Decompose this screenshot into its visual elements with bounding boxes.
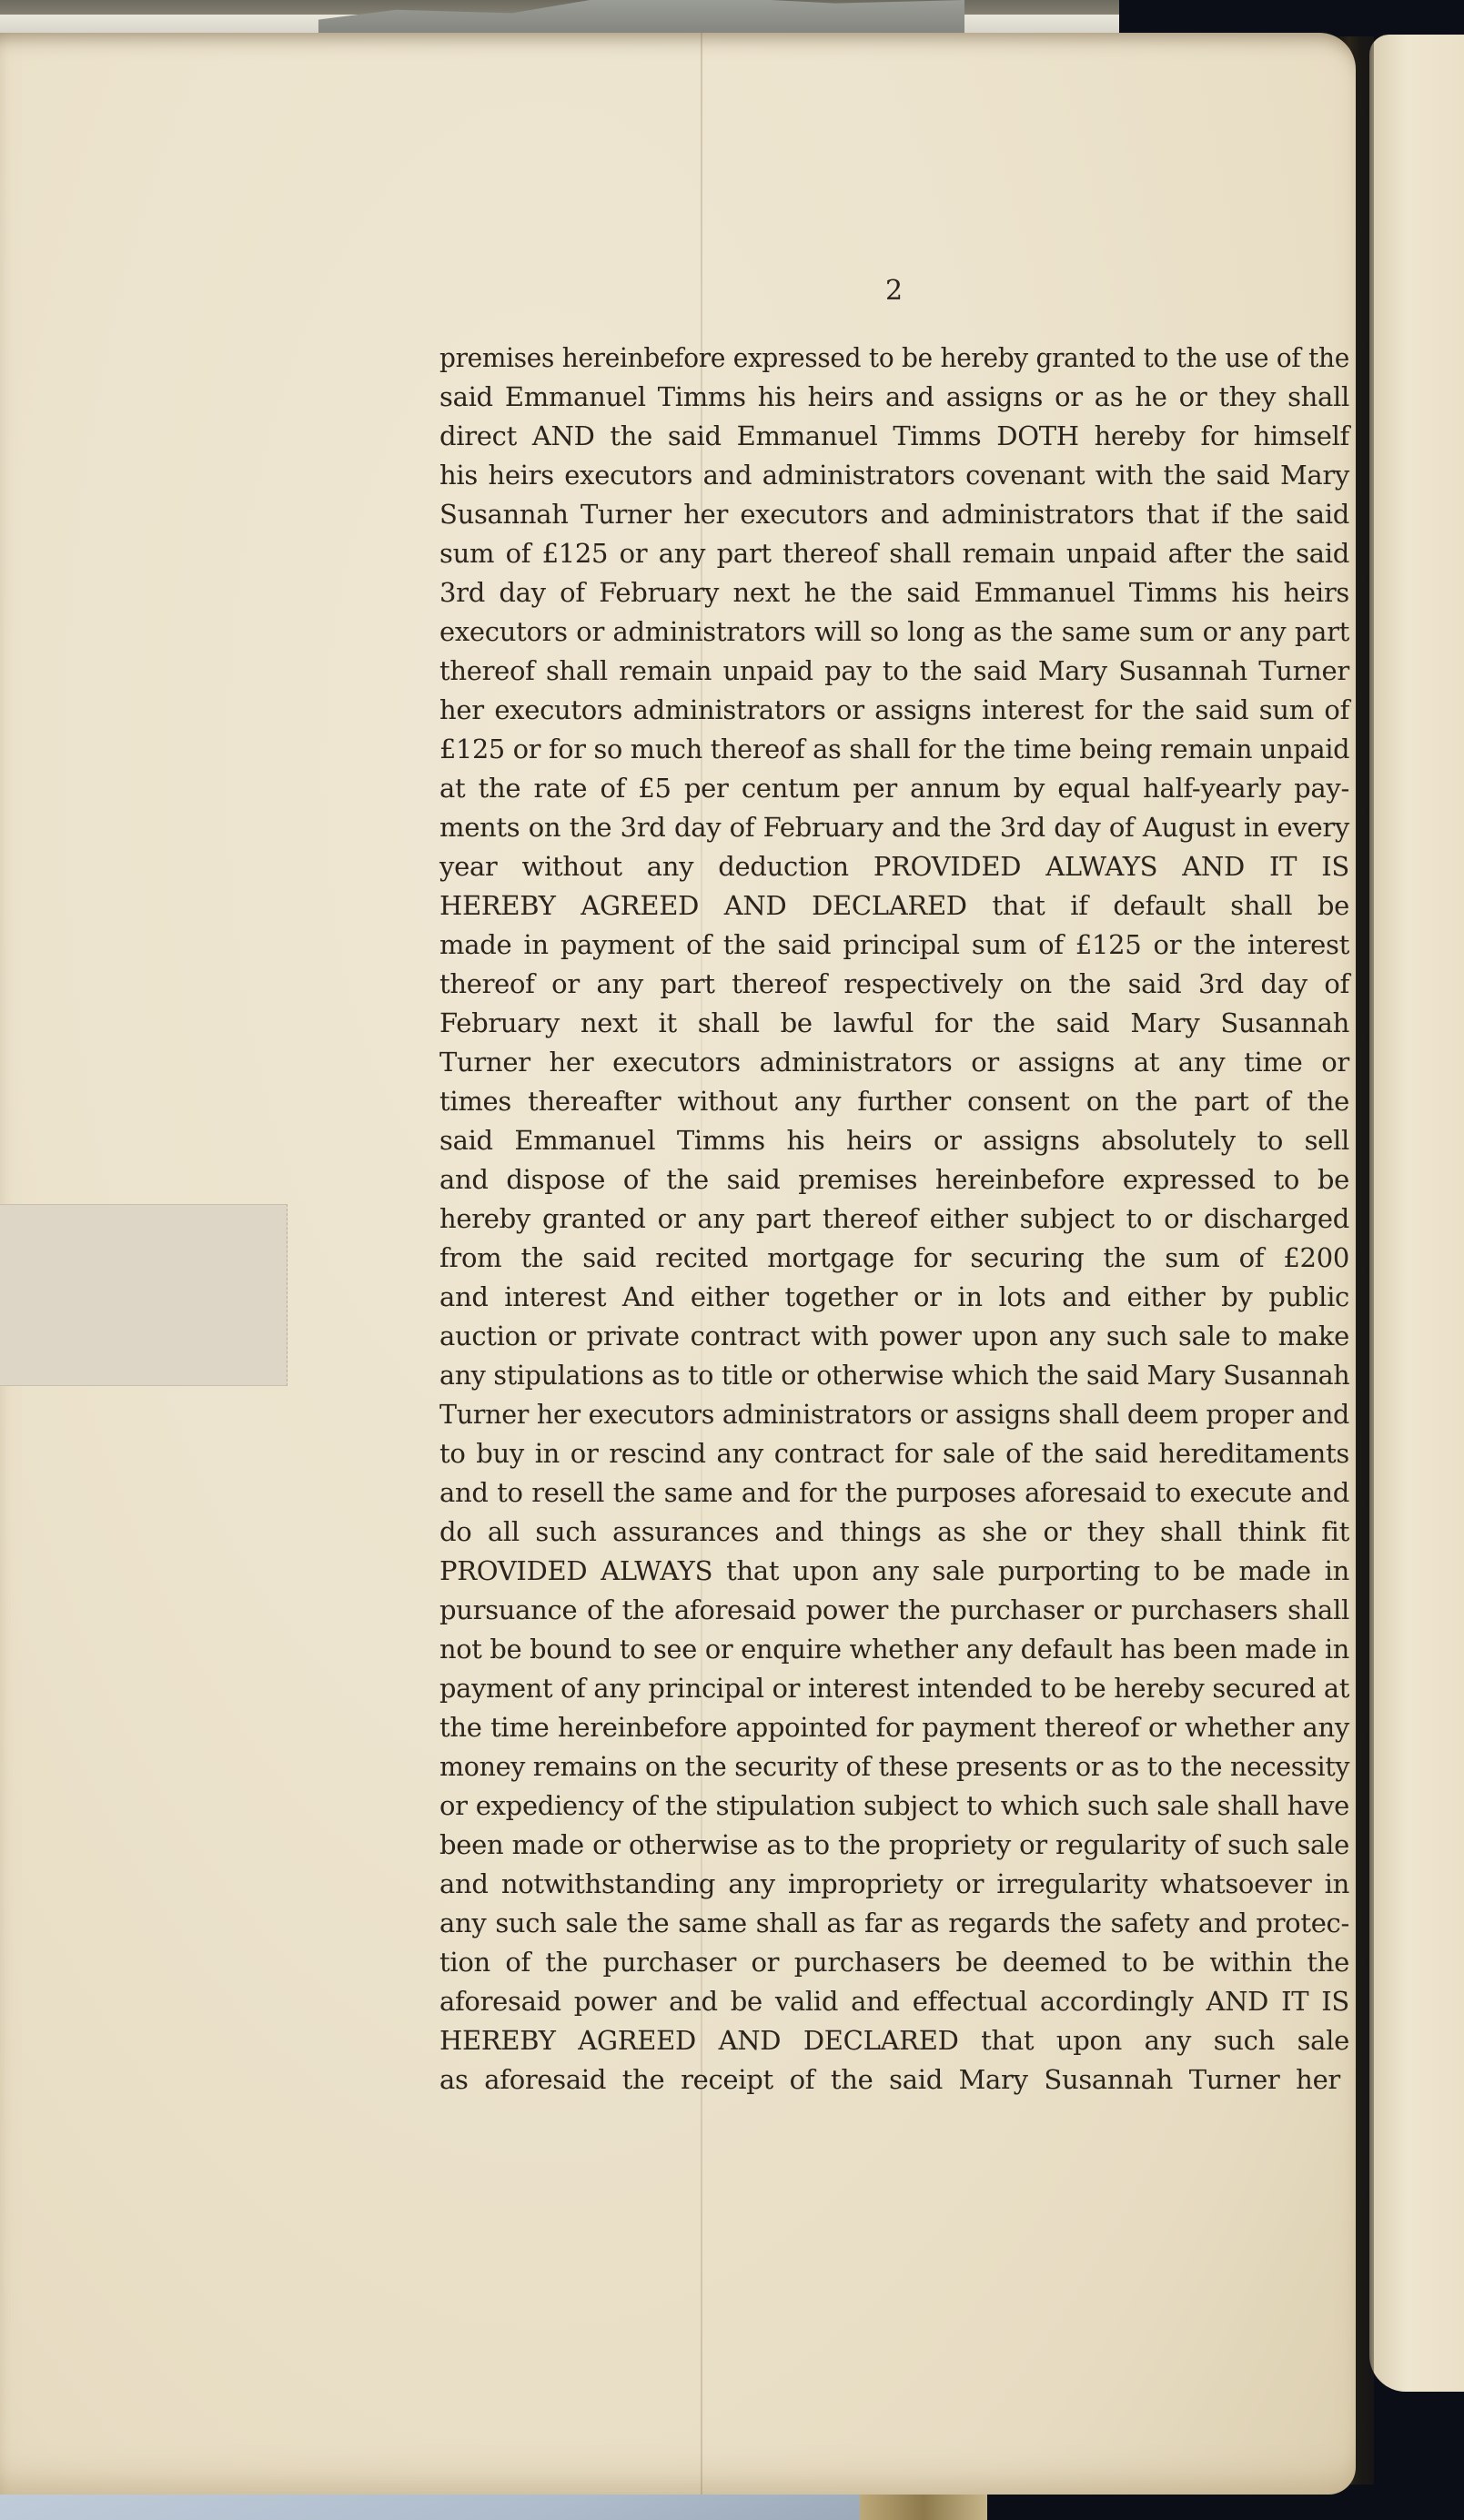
- text-line: Turner her executors administrators or a…: [439, 1043, 1349, 1082]
- photographed-document-scene: 2 premises hereinbefore expressed to be …: [0, 0, 1464, 2520]
- text-line: or expediency of the stipulation subject…: [439, 1786, 1349, 1826]
- text-line: pursuance of the aforesaid power the pur…: [439, 1591, 1349, 1630]
- text-line: auction or private contract with power u…: [439, 1317, 1349, 1356]
- text-line: to buy in or rescind any contract for sa…: [439, 1434, 1349, 1473]
- text-line: made in payment of the said principal su…: [439, 926, 1349, 965]
- text-line: her executors administrators or assigns …: [439, 691, 1349, 730]
- text-line: any stipulations as to title or otherwis…: [439, 1356, 1349, 1395]
- text-line: £125 or for so much thereof as shall for…: [439, 730, 1349, 769]
- text-line: Turner her executors administrators or a…: [439, 1395, 1349, 1434]
- text-line: not be bound to see or enquire whether a…: [439, 1630, 1349, 1669]
- text-line: his heirs executors and administrators c…: [439, 456, 1349, 495]
- text-line: and to resell the same and for the purpo…: [439, 1473, 1349, 1513]
- text-line: any such sale the same shall as far as r…: [439, 1904, 1349, 1943]
- text-line: 3rd day of February next he the said Emm…: [439, 573, 1349, 612]
- text-line: tion of the purchaser or purchasers be d…: [439, 1943, 1349, 1982]
- text-line: February next it shall be lawful for the…: [439, 1004, 1349, 1043]
- text-line: thereof shall remain unpaid pay to the s…: [439, 652, 1349, 691]
- text-line: HEREBY AGREED AND DECLARED that if defau…: [439, 886, 1349, 926]
- text-line: premises hereinbefore expressed to be he…: [439, 339, 1349, 378]
- text-line: ments on the 3rd day of February and the…: [439, 808, 1349, 847]
- text-line: direct AND the said Emmanuel Timms DOTH …: [439, 417, 1349, 456]
- text-line: the time hereinbefore appointed for paym…: [439, 1708, 1349, 1747]
- text-line: executors or administrators will so long…: [439, 612, 1349, 652]
- pasted-paper-strip: [0, 1204, 288, 1386]
- text-line: and notwithstanding any impropriety or i…: [439, 1865, 1349, 1904]
- text-line: and interest And either together or in l…: [439, 1278, 1349, 1317]
- text-line: payment of any principal or interest int…: [439, 1669, 1349, 1708]
- text-line: sum of £125 or any part thereof shall re…: [439, 534, 1349, 573]
- text-line: hereby granted or any part thereof eithe…: [439, 1199, 1349, 1239]
- text-line: at the rate of £5 per centum per annum b…: [439, 769, 1349, 808]
- text-line: been made or otherwise as to the proprie…: [439, 1826, 1349, 1865]
- text-line: HEREBY AGREED AND DECLARED that upon any…: [439, 2021, 1349, 2060]
- text-line: as aforesaid the receipt of the said Mar…: [439, 2060, 1340, 2100]
- deed-body-text: premises hereinbefore expressed to be he…: [439, 339, 1349, 2100]
- page-number: 2: [885, 275, 903, 307]
- text-line: money remains on the security of these p…: [439, 1747, 1349, 1786]
- facing-page: [1369, 35, 1464, 2392]
- text-line: aforesaid power and be valid and effectu…: [439, 1982, 1349, 2021]
- text-line: said Emmanuel Timms his heirs or assigns…: [439, 1121, 1349, 1160]
- text-line: do all such assurances and things as she…: [439, 1513, 1349, 1552]
- text-line: year without any deduction PROVIDED ALWA…: [439, 847, 1349, 886]
- text-line: Susannah Turner her executors and admini…: [439, 495, 1349, 534]
- text-line: and dispose of the said premises hereinb…: [439, 1160, 1349, 1199]
- text-line: PROVIDED ALWAYS that upon any sale purpo…: [439, 1552, 1349, 1591]
- text-line: said Emmanuel Timms his heirs and assign…: [439, 378, 1349, 417]
- text-line: times thereafter without any further con…: [439, 1082, 1349, 1121]
- text-line: from the said recited mortgage for secur…: [439, 1239, 1349, 1278]
- text-line: thereof or any part thereof respectively…: [439, 965, 1349, 1004]
